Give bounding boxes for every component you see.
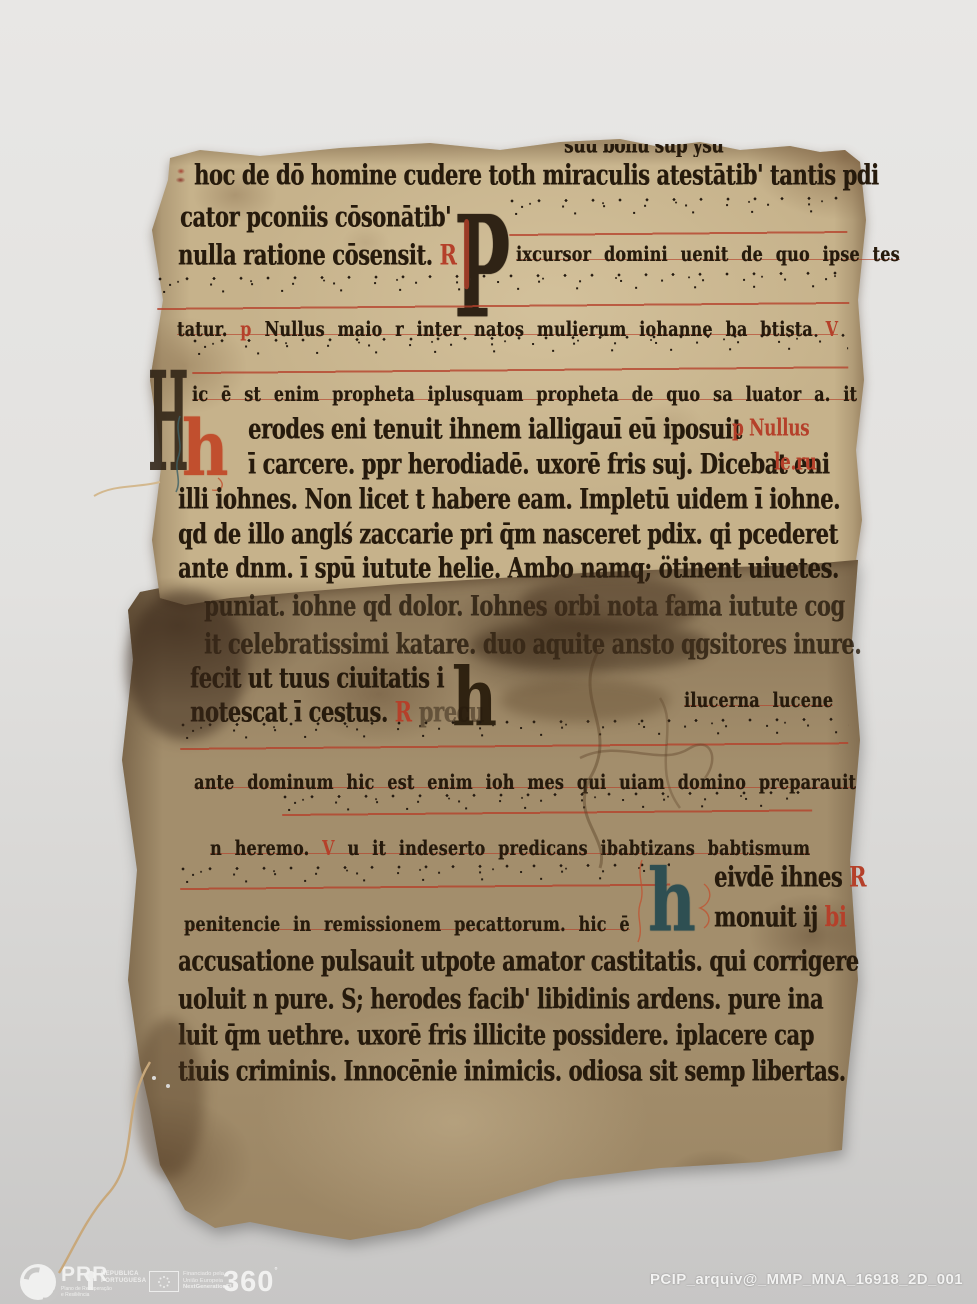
chant-line: ilucerna lucene <box>684 690 833 711</box>
chant-line: penitencie in remissionem pecattorum. hi… <box>184 914 630 935</box>
initial-h-teal: h <box>648 850 696 951</box>
text-line: eivdē ihnes R <box>714 862 866 890</box>
loose-thread <box>45 1055 165 1280</box>
image-reference-code: PCIP_arquiv@_MMP_MNA_16918_2D_001 <box>650 1271 963 1288</box>
text-line: ī carcere. ppr herodiadē. uxorē fris suj… <box>248 449 829 477</box>
text-line: uoluit n pure. S; herodes facib' libidin… <box>178 984 823 1012</box>
text-line: it celebratissimi katare. duo aquite ans… <box>204 629 861 657</box>
photo-canvas: { "colors":{ "background_gray":"#e3e2e1"… <box>0 0 977 1304</box>
red-margin-mark <box>176 168 186 184</box>
manuscript-photo: suū bonū sup ysū hoc de dō homine cudere… <box>132 138 874 1242</box>
rubric-note: p Nullus <box>732 418 809 441</box>
eu-stars-icon <box>163 1281 165 1283</box>
chant-line: ixcursor domini uenit de quo ipse tes <box>516 244 900 265</box>
music-staff <box>192 332 848 382</box>
text-line: illi iohnes. Non licet t habere eam. Imp… <box>178 484 840 512</box>
text-line: hoc de dō homine cudere toth miraculis a… <box>194 160 879 188</box>
prr-subtitle-line2: e Resiliência <box>61 1293 112 1299</box>
trimmed-top-line: suū bonū sup ysū <box>564 144 844 157</box>
chant-line: ic ē st enim propheta iplusquam propheta… <box>192 384 857 405</box>
chant-line: n heremo. V u it indeserto predicans iba… <box>210 838 810 859</box>
text-line: monuit ij bi <box>714 902 847 930</box>
text-line: qd de illo anglś zaccarie pri q̄m nascer… <box>178 519 838 547</box>
rubric-note: le.ru <box>774 452 817 475</box>
text-line: luit q̄m uethre. uxorē fris illicite pos… <box>178 1020 814 1048</box>
badge-360: 360° <box>223 1266 279 1299</box>
manuscript-content: suū bonū sup ysū hoc de dō homine cudere… <box>132 138 874 1242</box>
music-staff <box>509 195 847 244</box>
text-line: accusatione pulsauit utpote amator casti… <box>178 946 859 974</box>
music-staff <box>157 270 849 318</box>
music-staff <box>282 789 812 824</box>
text-line: puniat. iohne qd dolor. Iohnes orbi nota… <box>204 591 845 619</box>
text-line: erodes eni tenuit ihnem ialligauī eū ipo… <box>248 414 742 442</box>
music-staff <box>180 716 848 758</box>
music-staff <box>180 862 670 898</box>
text-line: cator pconiis cōsonātib' <box>180 202 451 230</box>
text-line: fecit ut tuus ciuitatis i <box>190 663 444 691</box>
text-line: tiuis criminis. Innocēnie inimicis. odio… <box>178 1056 846 1084</box>
text-line: ante dnm. ī spū iutute helie. Ambo namq;… <box>178 553 839 581</box>
badge-360-degree: ° <box>274 1266 278 1275</box>
text-line: nulla ratione cōsensit. R <box>178 240 457 268</box>
loose-thread-small <box>92 476 162 502</box>
